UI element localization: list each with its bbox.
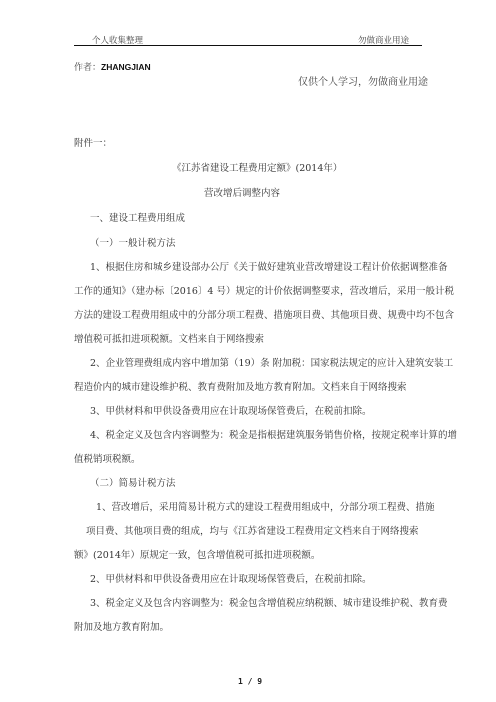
paragraph-line: 1、根据住房和城乡建设部办公厅《关于做好建筑业营改增建设工程计价依据调整准备: [90, 259, 448, 273]
author-name: ZHANGJIAN: [101, 62, 151, 72]
paragraph-line: 4、税金定义及包含内容调整为：税金是指根据建筑服务销售价格，按规定税率计算的增: [90, 427, 457, 441]
paragraph-line: 项目费、其他项目费的组成，均与《江苏省建设工程费用定文档来自于网络搜索: [86, 523, 419, 537]
document-title: 《江苏省建设工程费用定额》(2014年）: [172, 160, 342, 174]
usage-notice: 仅供个人学习，勿做商业用途: [298, 73, 428, 88]
author-line: 作者：ZHANGJIAN: [74, 60, 151, 73]
paragraph-line: 2、甲供材料和甲供设备费用应在计取现场保管费后，在税前扣除。: [90, 571, 372, 585]
paragraph-line: 附加及地方教育附加。: [74, 619, 169, 633]
attachment-label: 附件一：: [74, 135, 112, 149]
author-label: 作者：: [74, 63, 101, 73]
subsection-heading-1: （一）一般计税方法: [90, 235, 176, 249]
paragraph-line: 程造价内的城市建设维护税、教育费附加及地方教育附加。文档来自于网络搜索: [74, 379, 407, 393]
paragraph-line: 3、甲供材料和甲供设备费用应在计取现场保管费后，在税前扣除。: [90, 403, 372, 417]
paragraph-line: 3、税金定义及包含内容调整为：税金包含增值税应纳税额、城市建设维护税、教育费: [90, 595, 448, 609]
paragraph-line: 2、企业管理费组成内容中增加第（19）条 附加税：国家税法规定的应计入建筑安装工: [90, 355, 453, 369]
header-divider: [74, 45, 422, 46]
paragraph-line: 工作的通知》（建办标〔2016〕4 号）规定的计价依据调整要求，营改增后，采用一…: [74, 283, 454, 297]
paragraph-line: 方法的建设工程费用组成中的分部分项工程费、措施项目费、其他项目费、规费中均不包含: [74, 307, 454, 321]
page-number: 1 / 9: [238, 677, 262, 686]
document-subtitle: 营改增后调整内容: [204, 185, 280, 199]
paragraph-line: 额》(2014年）原规定一致，包含增值税可抵扣进项税额。: [74, 547, 320, 561]
section-heading-1: 一、建设工程费用组成: [90, 210, 185, 224]
paragraph-line: 增值税可抵扣进项税额。文档来自于网络搜索: [74, 331, 264, 345]
subsection-heading-2: （二）简易计税方法: [90, 475, 176, 489]
paragraph-line: 值税销项税额。: [74, 451, 141, 465]
paragraph-line: 1、营改增后，采用简易计税方式的建设工程费用组成中，分部分项工程费、措施: [96, 499, 435, 513]
